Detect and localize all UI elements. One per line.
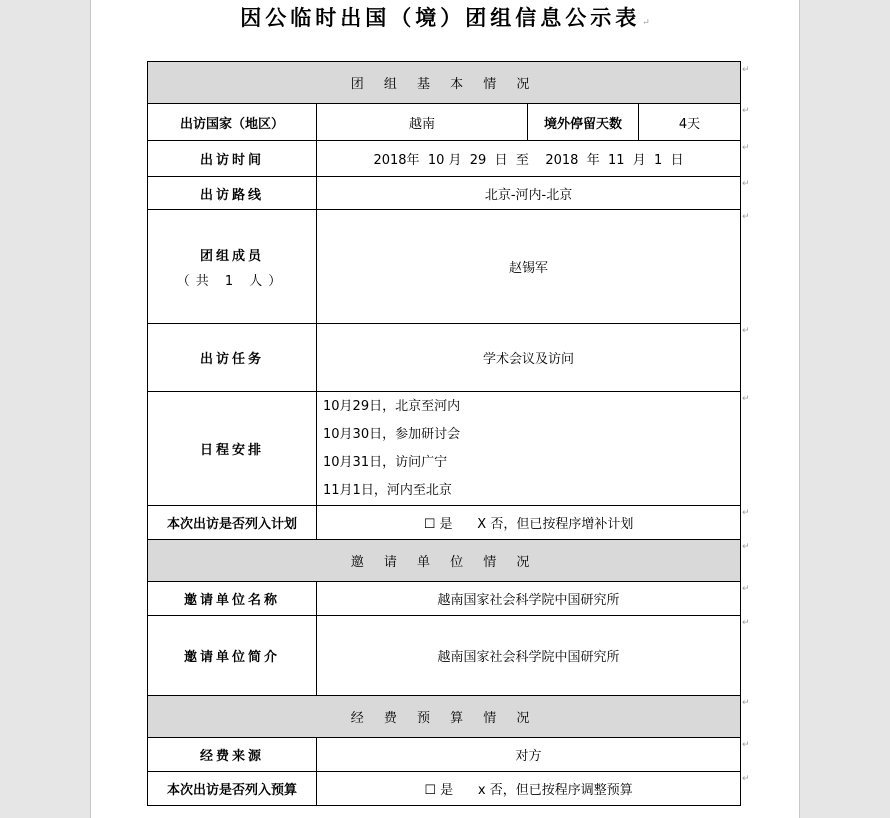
paragraph-mark-icon: ↵ bbox=[742, 618, 750, 628]
route-label: 出访路线 bbox=[148, 177, 317, 210]
budget-source-label: 经费来源 bbox=[148, 738, 317, 772]
section-budget-info: 经 费 预 算 情 况 bbox=[148, 696, 741, 738]
budget-plan-value[interactable]: ☐ 是 x 否，但已按程序调整预算 bbox=[317, 772, 741, 806]
members-label: 团组成员 （共 1 人） bbox=[148, 210, 317, 324]
route-value[interactable]: 北京-河内-北京 bbox=[317, 177, 741, 210]
section-invite-info: 邀 请 单 位 情 况 bbox=[148, 540, 741, 582]
schedule-list[interactable]: 10月29日，北京至河内 10月30日，参加研讨会 10月31日，访问广宁 11… bbox=[317, 392, 741, 506]
paragraph-mark-icon: ↵ bbox=[742, 584, 750, 594]
paragraph-mark-icon: ↵ bbox=[742, 698, 750, 708]
stay-days-value[interactable]: 4天 bbox=[639, 104, 741, 141]
stay-days-label: 境外停留天数 bbox=[528, 104, 639, 141]
plan-label: 本次出访是否列入计划 bbox=[148, 506, 317, 540]
country-label: 出访国家（地区） bbox=[148, 104, 317, 141]
paragraph-mark-icon: ↵ bbox=[742, 542, 750, 552]
paragraph-mark-icon: ↵ bbox=[742, 212, 750, 222]
schedule-item: 11月1日，河内至北京 bbox=[323, 477, 734, 505]
time-label: 出访时间 bbox=[148, 141, 317, 177]
paragraph-mark-icon: ↵ bbox=[742, 740, 750, 750]
task-value[interactable]: 学术会议及访问 bbox=[317, 324, 741, 392]
paragraph-mark-icon: ↵ bbox=[742, 774, 750, 784]
schedule-label: 日程安排 bbox=[148, 392, 317, 506]
paragraph-mark-icon: ↵ bbox=[742, 326, 750, 336]
section-basic-info: 团 组 基 本 情 况 bbox=[148, 62, 741, 104]
paragraph-mark-icon: ↵ bbox=[742, 143, 750, 153]
budget-plan-label: 本次出访是否列入预算 bbox=[148, 772, 317, 806]
document-title: 因公临时出国（境）团组信息公示表↵ bbox=[0, 2, 890, 32]
info-table: 团 组 基 本 情 况 出访国家（地区） 越南 境外停留天数 4天 出访时间 2… bbox=[147, 61, 741, 806]
paragraph-mark-icon: ↵ bbox=[742, 65, 750, 75]
plan-value[interactable]: ☐ 是 X 否，但已按程序增补计划 bbox=[317, 506, 741, 540]
invite-intro-label: 邀请单位简介 bbox=[148, 616, 317, 696]
paragraph-mark-icon: ↵ bbox=[742, 179, 750, 189]
paragraph-mark-icon: ↵ bbox=[742, 394, 750, 404]
members-value[interactable]: 赵锡军 bbox=[317, 210, 741, 324]
schedule-item: 10月31日，访问广宁 bbox=[323, 449, 734, 477]
time-value[interactable]: 2018年 10 月 29 日 至 2018 年 11 月 1 日 bbox=[317, 141, 741, 177]
schedule-item: 10月30日，参加研讨会 bbox=[323, 421, 734, 449]
schedule-item: 10月29日，北京至河内 bbox=[323, 393, 734, 421]
invite-name-label: 邀请单位名称 bbox=[148, 582, 317, 616]
members-count: （共 1 人） bbox=[154, 270, 310, 289]
paragraph-mark-icon: ↵ bbox=[742, 106, 750, 116]
invite-intro-value[interactable]: 越南国家社会科学院中国研究所 bbox=[317, 616, 741, 696]
budget-source-value[interactable]: 对方 bbox=[317, 738, 741, 772]
task-label: 出访任务 bbox=[148, 324, 317, 392]
country-value[interactable]: 越南 bbox=[317, 104, 528, 141]
paragraph-mark-icon: ↵ bbox=[742, 508, 750, 518]
invite-name-value[interactable]: 越南国家社会科学院中国研究所 bbox=[317, 582, 741, 616]
